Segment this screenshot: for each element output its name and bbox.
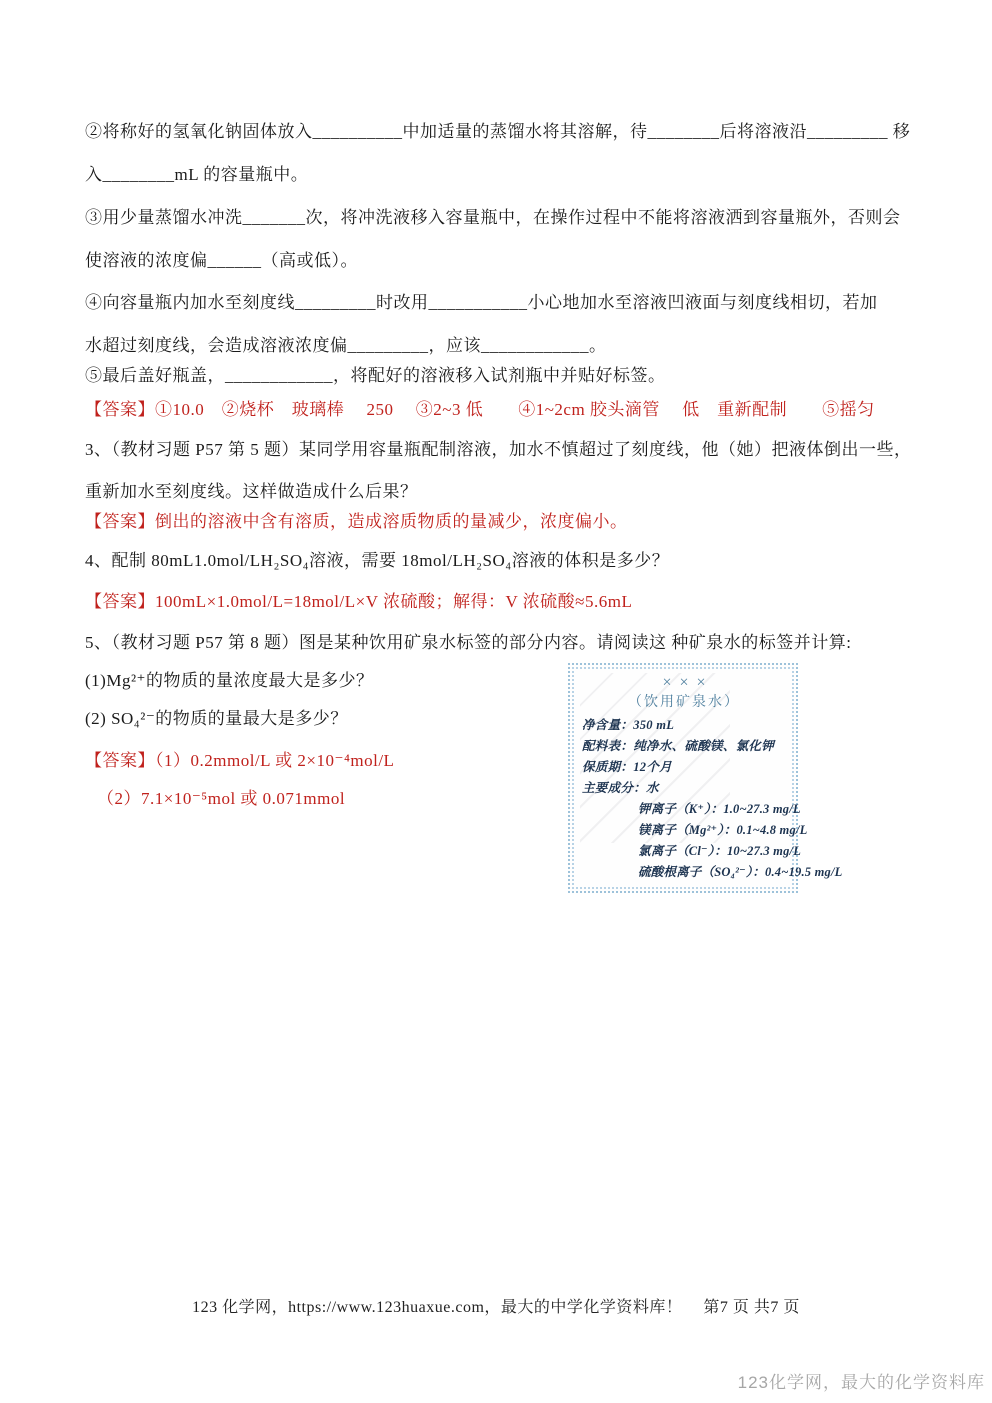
text-line: 重新加水至刻度线。这样做造成什么后果？ <box>85 480 418 504</box>
label-ion-magnesium: 镁离子（Mg²⁺）：0.1~4.8 mg/L <box>582 820 786 841</box>
label-brand-title: ××× <box>582 673 786 693</box>
mineral-water-label: ××× （饮用矿泉水） 净含量：350 mL 配料表：纯净水、硫酸镁、氯化钾 保… <box>568 663 798 893</box>
label-ion-potassium: 钾离子（K⁺）：1.0~27.3 mg/L <box>582 799 786 820</box>
text-line: 5、（教材习题 P57 第 8 题）图是某种饮用矿泉水标签的部分内容。请阅读这 … <box>85 631 851 655</box>
text-line: ②将称好的氢氧化钠固体放入__________中加适量的蒸馏水将其溶解，待___… <box>85 120 910 144</box>
worksheet-page: ②将称好的氢氧化钠固体放入__________中加适量的蒸馏水将其溶解，待___… <box>0 0 992 1403</box>
answer-line: 【答案】100mL×1.0mol/L=18mol/L×V 浓硫酸；解得：V 浓硫… <box>85 590 632 614</box>
label-ion-sulfate: 硫酸根离子（SO₄²⁻）：0.4~19.5 mg/L <box>582 862 786 883</box>
text-line: 入________mL 的容量瓶中。 <box>85 163 308 187</box>
answer-line: 【答案】①10.0 ②烧杯 玻璃棒 250 ③2~3 低 ④1~2cm 胶头滴管… <box>85 398 875 422</box>
text-line: 4、配制 80mL1.0mol/LH₂SO₄溶液，需要 18mol/LH₂SO₄… <box>85 549 669 573</box>
label-content: ××× （饮用矿泉水） 净含量：350 mL 配料表：纯净水、硫酸镁、氯化钾 保… <box>570 665 796 883</box>
document-body: ②将称好的氢氧化钠固体放入__________中加适量的蒸馏水将其溶解，待___… <box>0 0 992 1403</box>
answer-line: 【答案】倒出的溶液中含有溶质，造成溶质物质的量减少，浓度偏小。 <box>85 510 628 534</box>
page-footer: 123 化学网，https://www.123huaxue.com，最大的中学化… <box>0 1294 992 1317</box>
label-ion-chloride: 氯离子（Cl⁻）：10~27.3 mg/L <box>582 841 786 862</box>
label-subtitle: （饮用矿泉水） <box>582 693 786 713</box>
text-line: ⑤最后盖好瓶盖，____________，将配好的溶液移入试剂瓶中并贴好标签。 <box>85 364 666 388</box>
text-line: (2) SO₄²⁻的物质的量最大是多少？ <box>85 707 348 731</box>
text-line: 3、（教材习题 P57 第 5 题）某同学用容量瓶配制溶液，加水不慎超过了刻度线… <box>85 438 911 462</box>
label-main-component: 主要成分：水 <box>582 778 786 799</box>
text-line: ③用少量蒸馏水冲洗_______次，将冲洗液移入容量瓶中，在操作过程中不能将溶液… <box>85 206 901 230</box>
answer-line: 【答案】（1）0.2mmol/L 或 2×10⁻⁴mol/L <box>85 749 394 773</box>
answer-line: （2）7.1×10⁻⁵mol 或 0.071mmol <box>97 787 345 811</box>
site-watermark: 123化学网，最大的化学资料库 <box>738 1368 985 1393</box>
text-line: (1)Mg²⁺的物质的量浓度最大是多少？ <box>85 669 374 693</box>
text-line: ④向容量瓶内加水至刻度线_________时改用___________小心地加水… <box>85 291 878 315</box>
text-line: 使溶液的浓度偏______（高或低）。 <box>85 249 358 273</box>
label-shelf-life: 保质期：12个月 <box>582 757 786 778</box>
label-net-content: 净含量：350 mL <box>582 715 786 736</box>
label-ingredients: 配料表：纯净水、硫酸镁、氯化钾 <box>582 736 786 757</box>
text-line: 水超过刻度线，会造成溶液浓度偏_________，应该____________。 <box>85 334 607 358</box>
